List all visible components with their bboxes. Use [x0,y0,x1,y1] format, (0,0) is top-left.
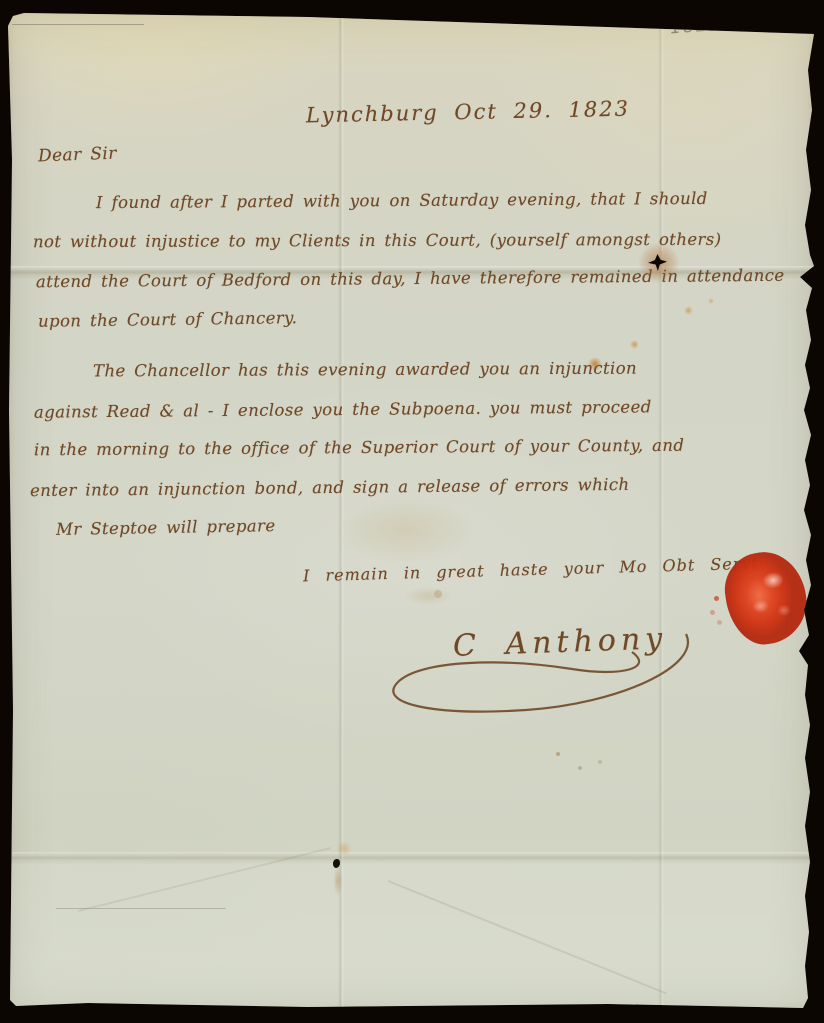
foxing-stain [708,298,714,304]
body-line: Mr Steptoe will prepare [56,516,276,539]
paper-top-tone [8,10,814,72]
body-line: enter into an injunction bond, and sign … [30,475,630,500]
body-line: The Chancellor has this evening awarded … [93,359,637,381]
letter-paper: 1823 Oct 29 Lynchburg Oct 29. 1823 Dear … [8,10,814,1010]
body-line: upon the Court of Chancery. [38,308,298,331]
vertical-fold-right [658,10,664,1010]
ink-specks [556,752,560,756]
foxing-stain [332,862,344,900]
body-line: in the morning to the office of the Supe… [34,436,684,460]
letter-dateline: Lynchburg Oct 29. 1823 [306,97,630,128]
signature-flourish [368,608,708,728]
letter-salutation: Dear Sir [38,144,117,167]
body-line: I found after I parted with you on Satur… [96,189,708,212]
paper-bottom-tone [8,855,814,1010]
smudge-stain [398,585,458,607]
foxing-stain [336,842,352,855]
foxing-stain [630,340,639,349]
tea-stain [318,488,493,573]
pencil-line [56,908,226,909]
horizontal-fold-lower [8,852,814,865]
pencil-dash [790,26,816,29]
wax-speckles [714,596,719,601]
body-line: against Read & al - I enclose you the Su… [34,397,652,421]
pencil-line [12,24,144,25]
foxing-stain [684,306,693,315]
body-line: not without injustice to my Clients in t… [33,230,722,251]
letter-scan: 1823 Oct 29 Lynchburg Oct 29. 1823 Dear … [0,0,824,1023]
